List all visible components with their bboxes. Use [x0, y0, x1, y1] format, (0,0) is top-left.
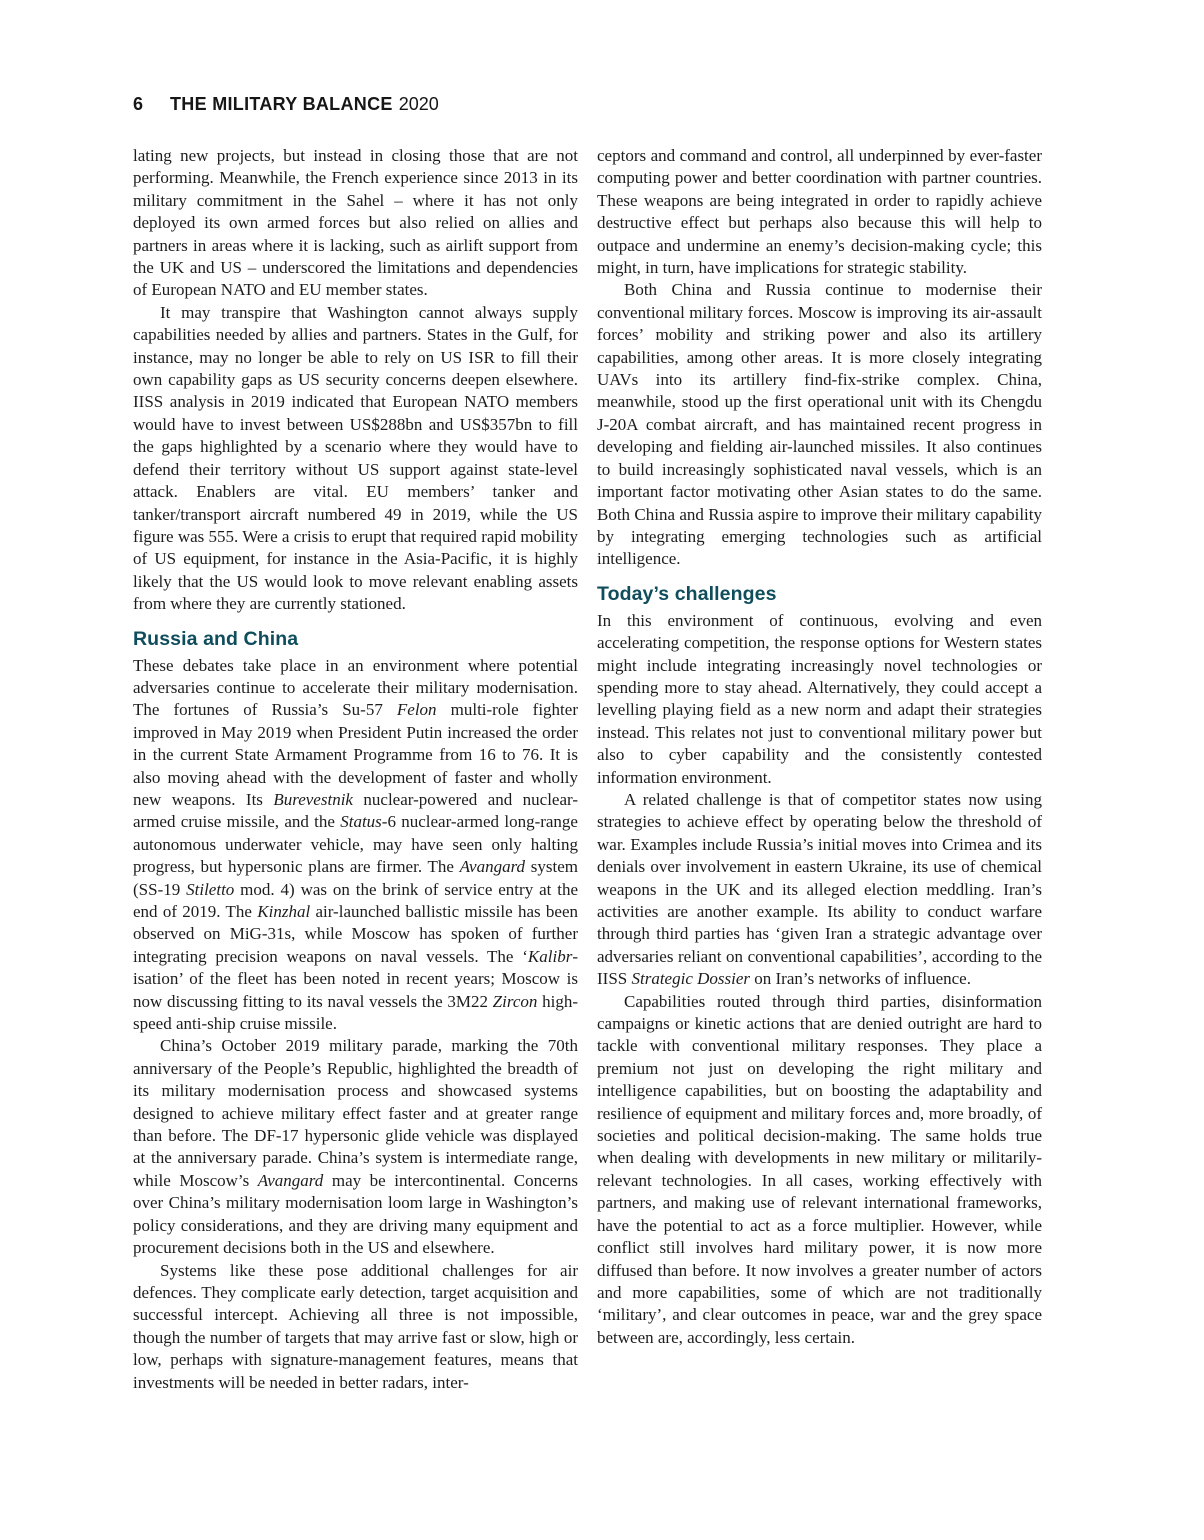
paragraph: In this environment of continuous, evolv… [597, 610, 1042, 789]
paragraph: It may transpire that Washington cannot … [133, 302, 578, 616]
paragraph: Both China and Russia continue to modern… [597, 279, 1042, 570]
text-columns: lating new projects, but instead in clos… [133, 145, 1042, 1394]
paragraph: These debates take place in an environme… [133, 655, 578, 1036]
book-title: THE MILITARY BALANCE [170, 94, 393, 114]
paragraph: A related challenge is that of competito… [597, 789, 1042, 991]
paragraph: Capabilities routed through third partie… [597, 991, 1042, 1350]
text-column-right: ceptors and command and control, all und… [597, 145, 1042, 1394]
book-year: 2020 [399, 94, 439, 114]
text-column-left: lating new projects, but instead in clos… [133, 145, 578, 1394]
paragraph: lating new projects, but instead in clos… [133, 145, 578, 302]
running-header: 6THE MILITARY BALANCE2020 [133, 94, 439, 115]
paragraph: ceptors and command and control, all und… [597, 145, 1042, 279]
page-number: 6 [133, 94, 143, 115]
section-heading: Today’s challenges [597, 582, 1042, 606]
paragraph: Systems like these pose additional chall… [133, 1260, 578, 1394]
section-heading: Russia and China [133, 627, 578, 651]
document-page: 6THE MILITARY BALANCE2020 lating new pro… [0, 0, 1204, 1540]
paragraph: China’s October 2019 military parade, ma… [133, 1035, 578, 1259]
